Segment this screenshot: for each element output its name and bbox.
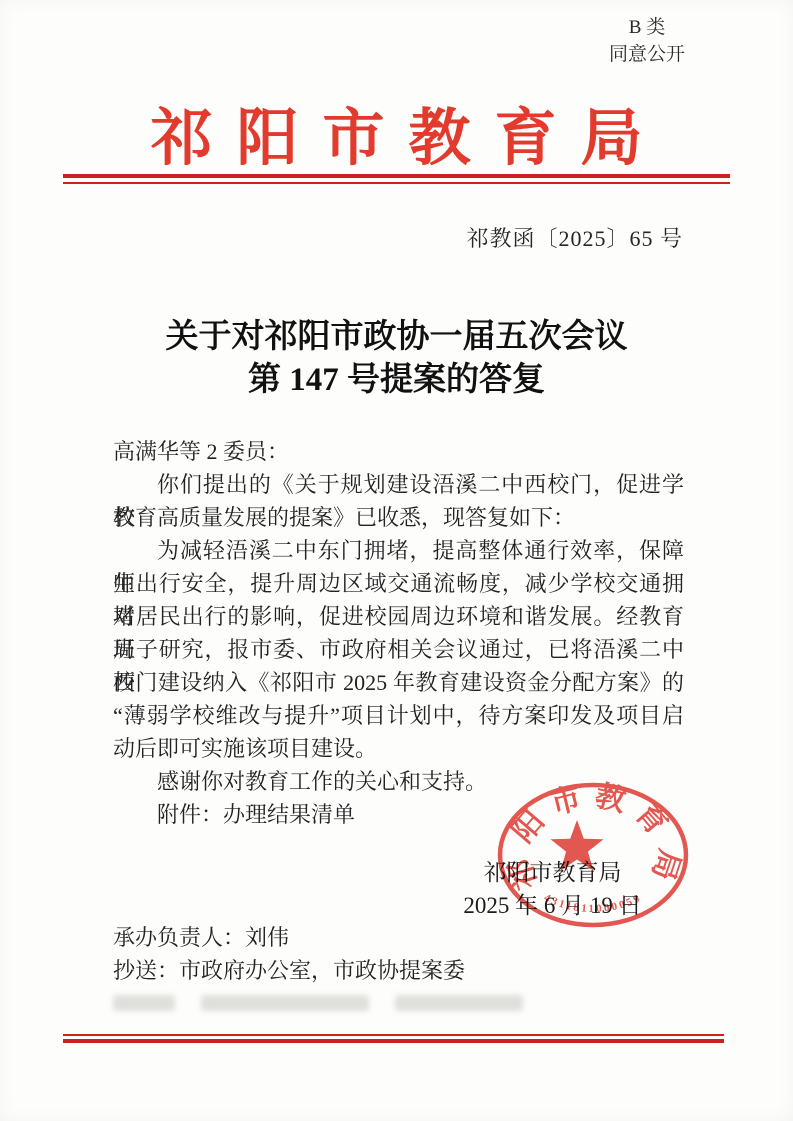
body-line: 生出行安全，提升周边区域交通流畅度，减少学校交通拥堵: [113, 567, 684, 600]
classification-block: B 类 同意公开: [609, 14, 685, 68]
body-line: 你们提出的《关于规划建设浯溪二中西校门，促进学校: [113, 468, 684, 501]
bleed-through-artifact: [113, 992, 533, 1014]
disclosure-status: 同意公开: [609, 41, 685, 68]
footer-rule-thin: [63, 1034, 724, 1036]
document-title: 关于对祁阳市政协一届五次会议 第 147 号提案的答复: [0, 316, 793, 402]
salutation: 高满华等 2 委员：: [113, 435, 684, 468]
seal-code: 4311811000059: [542, 892, 644, 915]
body-line: 为减轻浯溪二中东门拥堵，提高整体通行效率，保障师: [113, 534, 684, 567]
document-title-line1: 关于对祁阳市政协一届五次会议: [0, 316, 793, 359]
footer-rule-thick: [63, 1039, 724, 1043]
classification-grade: B 类: [609, 14, 685, 41]
letterhead-rule-thin: [63, 182, 730, 184]
seal-arc-text: 祁阳市教育局: [500, 781, 686, 894]
agency-letterhead: 祁阳市教育局: [0, 88, 793, 177]
body-line: 动后即可实施该项目建设。: [113, 732, 684, 765]
document-number: 祁教函〔2025〕65 号: [466, 222, 683, 253]
seal-star-icon: [550, 820, 603, 871]
footer-block: 承办负责人：刘伟 抄送：市政府办公室，市政协提案委: [113, 921, 465, 987]
document-title-line2: 第 147 号提案的答复: [0, 359, 793, 402]
official-seal: 祁阳市教育局 4311811000059: [496, 781, 690, 929]
undertaker-line: 承办负责人：刘伟: [113, 921, 465, 954]
letter-body: 高满华等 2 委员： 你们提出的《关于规划建设浯溪二中西校门，促进学校 教育高质…: [113, 435, 684, 831]
letterhead-rule-thick: [63, 174, 730, 178]
body-line: “薄弱学校维改与提升”项目计划中，待方案印发及项目启: [113, 699, 684, 732]
cc-line: 抄送：市政府办公室，市政协提案委: [113, 954, 465, 987]
body-line: 教育高质量发展的提案》已收悉，现答复如下：: [113, 501, 684, 534]
body-line: 校门建设纳入《祁阳市 2025 年教育建设资金分配方案》的: [113, 666, 684, 699]
body-line: 班子研究，报市委、市政府相关会议通过，已将浯溪二中西: [113, 633, 684, 666]
scanned-official-letter: B 类 同意公开 祁阳市教育局 祁教函〔2025〕65 号 关于对祁阳市政协一届…: [0, 0, 793, 1121]
body-line: 对居民出行的影响，促进校园周边环境和谐发展。经教育局: [113, 600, 684, 633]
